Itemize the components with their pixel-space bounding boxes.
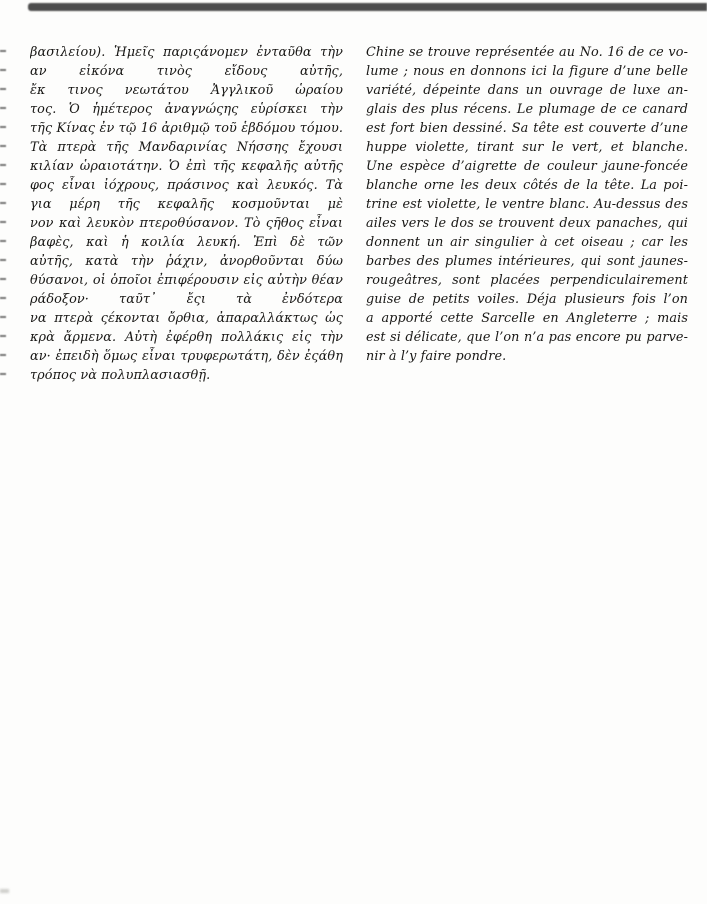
text-line: glais des plus récens. Le plumage de ce … xyxy=(366,100,688,119)
text-line: βασιλείου). Ἡμεῖς παριςάνομεν ἐνταῦθα τὴ… xyxy=(30,43,343,62)
text-line: αν εἰκόνα τινὸς εἴδους αὐτῆς, αὐτισχεδια… xyxy=(30,62,343,81)
text-line: αν· ἐπειδὴ ὅμως εἶναι τρυφερωτάτη, δὲν ἐ… xyxy=(30,347,343,366)
text-line: lume ; nous en donnons ici la figure d’u… xyxy=(366,62,688,81)
text-line: νον καὶ λευκὸν πτεροθύσανον. Τὸ ςῆθος εἶ… xyxy=(30,214,343,233)
text-line: Chine se trouve représentée au No. 16 de… xyxy=(366,43,688,62)
text-line: est si délicate, que l’on n’a pas encore… xyxy=(366,328,688,347)
text-line: Τὰ πτερὰ τῆς Μανδαρινίας Νήσσης ἔχουσι π… xyxy=(30,138,343,157)
text-line: φος εἶναι ἰόχρους, πράσινος καὶ λευκός. … xyxy=(30,176,343,195)
corner-smudge xyxy=(0,889,9,893)
text-line: κρὰ ἄρμενα. Αὐτὴ ἐφέρθη πολλάκις εἰς τὴν… xyxy=(30,328,343,347)
text-line: να πτερὰ ςέκονται ὄρθια, ἀπαραλλάκτως ὡς… xyxy=(30,309,343,328)
binding-bleed-marks xyxy=(0,50,6,386)
text-line: τῆς Κίνας ἐν τῷ 16 ἀριθμῷ τοῦ ἑβδόμου τό… xyxy=(30,119,343,138)
text-line: guise de petits voiles. Déja plusieurs f… xyxy=(366,290,688,309)
text-line: για μέρη τῆς κεφαλῆς κοσμοῦνται μὲ κατακ… xyxy=(30,195,343,214)
text-line: βαφὲς, καὶ ἡ κοιλία λευκή. Ἐπὶ δὲ τῶν πτ… xyxy=(30,233,343,252)
text-line: ράδοξον· ταῦτ᾽ ἔςι τὰ ἐνδότερα ὑποκοκκιν… xyxy=(30,290,343,309)
text-line: donnent un air singulier à cet oiseau ; … xyxy=(366,233,688,252)
text-line: nir à l’y faire pondre. xyxy=(366,347,688,366)
text-line: τρόπος νὰ πολυπλασιασθῇ. xyxy=(30,366,343,385)
french-text-column: Chine se trouve représentée au No. 16 de… xyxy=(366,43,688,366)
text-line: blanche orne les deux côtés de la tête. … xyxy=(366,176,688,195)
text-line: θύσανοι, οἱ ὁποῖοι ἐπιφέρουσιν εἰς αὐτὴν… xyxy=(30,271,343,290)
text-line: trine est violette, le ventre blanc. Au-… xyxy=(366,195,688,214)
text-line: ἔκ τινος νεωτάτου Ἀγγλικοῦ ὡραίου συγγρά… xyxy=(30,81,343,100)
text-line: est fort bien dessiné. Sa tête est couve… xyxy=(366,119,688,138)
scanned-book-page: βασιλείου). Ἡμεῖς παριςάνομεν ἐνταῦθα τὴ… xyxy=(0,0,707,904)
text-line: αὐτῆς, κατὰ τὴν ῥάχιν, ἀνορθοῦνται δύω π… xyxy=(30,252,343,271)
text-line: barbes des plumes intérieures, qui sont … xyxy=(366,252,688,271)
greek-text-column: βασιλείου). Ἡμεῖς παριςάνομεν ἐνταῦθα τὴ… xyxy=(30,43,343,385)
text-line: huppe violette, tirant sur le vert, et b… xyxy=(366,138,688,157)
scan-edge-bar xyxy=(28,3,707,11)
text-line: κιλίαν ὡραιοτάτην. Ὁ ἐπὶ τῆς κεφαλῆς αὐτ… xyxy=(30,157,343,176)
text-line: rougeâtres, sont placées perpendiculaire… xyxy=(366,271,688,290)
text-line: τος. Ὁ ἡμέτερος ἀναγνώςης εὑρίσκει τὴν Ν… xyxy=(30,100,343,119)
text-line: ailes vers le dos se trouvent deux panac… xyxy=(366,214,688,233)
text-line: a apporté cette Sarcelle en Angleterre ;… xyxy=(366,309,688,328)
text-line: Une espèce d’aigrette de couleur jaune-f… xyxy=(366,157,688,176)
text-line: variété, dépeinte dans un ouvrage de lux… xyxy=(366,81,688,100)
